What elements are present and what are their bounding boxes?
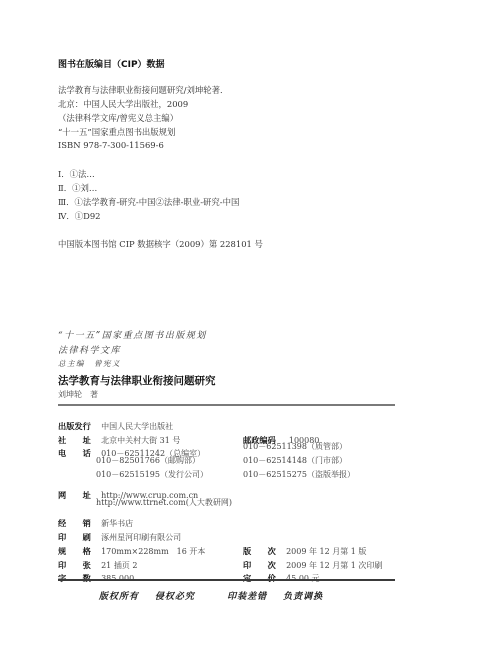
book-title: 法学教育与法律职业衔接问题研究 bbox=[58, 373, 216, 388]
divider-bottom bbox=[58, 579, 395, 581]
cip-line: “十一五”国家重点图书出版规划 bbox=[58, 126, 175, 138]
series-editor: 总主编 曾宪义 bbox=[58, 358, 121, 369]
phone-value: 010－62514148（门市部） bbox=[243, 455, 347, 466]
cip-line: 法学教育与法律职业衔接问题研究/刘坤轮著． bbox=[58, 84, 228, 96]
phone-label: 电 话 bbox=[58, 448, 96, 459]
subject-line: Ⅱ．①刘… bbox=[58, 182, 97, 194]
subject-line: Ⅰ．①法… bbox=[58, 168, 95, 180]
copyright-text: 版权所有 bbox=[99, 592, 139, 602]
price-row: 定 价 45.00 元 bbox=[243, 566, 320, 585]
book-author: 刘坤轮 著 bbox=[58, 389, 98, 400]
copyright-notice: 版权所有侵权必究 印装差错负责调换 bbox=[0, 589, 452, 602]
website-label: 网 址 bbox=[58, 490, 96, 501]
subject-line: Ⅳ．①D92 bbox=[58, 210, 101, 222]
cip-heading: 图书在版编目（CIP）数据 bbox=[58, 57, 165, 70]
words-row: 字 数 385 000 bbox=[58, 566, 134, 585]
subject-line: Ⅲ．①法学教育-研究-中国②法律-职业-研究-中国 bbox=[58, 196, 239, 208]
series-library: 法律科学文库 bbox=[58, 343, 121, 356]
phone-value: 010－62515195（发行公司） bbox=[96, 469, 208, 480]
series-plan: “十一五”国家重点图书出版规划 bbox=[58, 328, 207, 341]
phone-value: 010－82501766（邮购部） bbox=[96, 455, 200, 466]
defect-text: 印装差错 bbox=[227, 592, 267, 602]
cip-line: （法律科学文库/曾宪义总主编） bbox=[58, 112, 178, 124]
cip-record: 中国版本图书馆 CIP 数据核字（2009）第 228101 号 bbox=[58, 238, 263, 250]
phone-value: 010－62515275（盗版举报） bbox=[243, 469, 355, 480]
cip-line: 北京：中国人民大学出版社，2009 bbox=[58, 98, 188, 110]
isbn: ISBN 978-7-300-11569-6 bbox=[58, 140, 164, 150]
defect-text: 负责调换 bbox=[283, 592, 323, 602]
website-link[interactable]: http://www.ttrnet.com(人大教研网) bbox=[96, 497, 232, 508]
phone-value: 010－62511398（质管部） bbox=[243, 441, 347, 452]
copyright-text: 侵权必究 bbox=[155, 592, 195, 602]
divider-top bbox=[58, 404, 395, 406]
